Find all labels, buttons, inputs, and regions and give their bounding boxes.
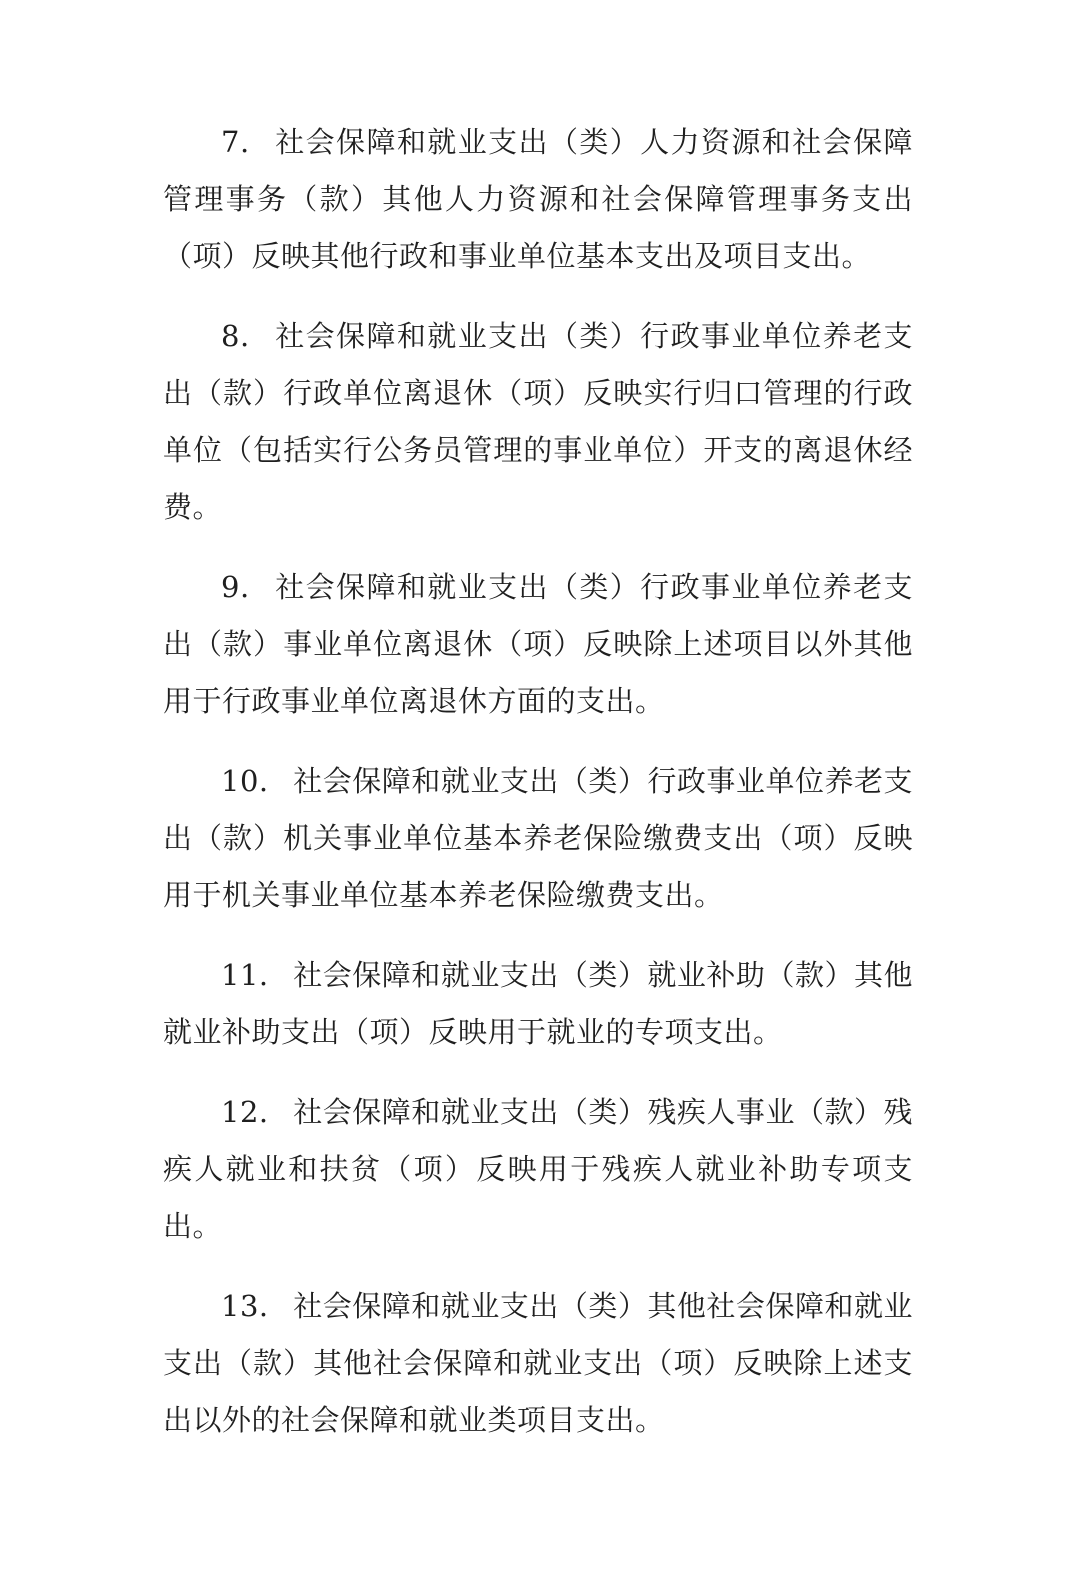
paragraph-13-text: 社会保障和就业支出（类）其他社会保障和就业支出（款）其他社会保障和就业支出（项）… [163,1289,913,1437]
paragraph-10-number: 10. [221,764,269,798]
paragraph-13: 13.社会保障和就业支出（类）其他社会保障和就业支出（款）其他社会保障和就业支出… [163,1278,913,1449]
paragraph-8-number: 8. [221,319,250,353]
paragraph-12-text: 社会保障和就业支出（类）残疾人事业（款）残疾人就业和扶贫（项）反映用于残疾人就业… [163,1095,913,1243]
paragraph-8: 8.社会保障和就业支出（类）行政事业单位养老支出（款）行政单位离退休（项）反映实… [163,308,913,536]
paragraph-9-number: 9. [221,570,250,604]
paragraph-11-text: 社会保障和就业支出（类）就业补助（款）其他就业补助支出（项）反映用于就业的专项支… [163,958,913,1049]
paragraph-12-number: 12. [221,1095,269,1129]
paragraph-9-text: 社会保障和就业支出（类）行政事业单位养老支出（款）事业单位离退休（项）反映除上述… [163,570,913,718]
paragraph-10: 10.社会保障和就业支出（类）行政事业单位养老支出（款）机关事业单位基本养老保险… [163,753,913,924]
paragraph-12: 12.社会保障和就业支出（类）残疾人事业（款）残疾人就业和扶贫（项）反映用于残疾… [163,1084,913,1255]
paragraph-10-text: 社会保障和就业支出（类）行政事业单位养老支出（款）机关事业单位基本养老保险缴费支… [163,764,913,912]
paragraph-7: 7.社会保障和就业支出（类）人力资源和社会保障管理事务（款）其他人力资源和社会保… [163,114,913,285]
paragraph-11: 11.社会保障和就业支出（类）就业补助（款）其他就业补助支出（项）反映用于就业的… [163,947,913,1061]
paragraph-8-text: 社会保障和就业支出（类）行政事业单位养老支出（款）行政单位离退休（项）反映实行归… [163,319,913,524]
document-page: 7.社会保障和就业支出（类）人力资源和社会保障管理事务（款）其他人力资源和社会保… [0,0,1075,1569]
paragraph-7-text: 社会保障和就业支出（类）人力资源和社会保障管理事务（款）其他人力资源和社会保障管… [163,125,913,273]
paragraph-7-number: 7. [221,125,250,159]
paragraph-9: 9.社会保障和就业支出（类）行政事业单位养老支出（款）事业单位离退休（项）反映除… [163,559,913,730]
paragraph-11-number: 11. [221,958,269,992]
paragraph-13-number: 13. [221,1289,269,1323]
